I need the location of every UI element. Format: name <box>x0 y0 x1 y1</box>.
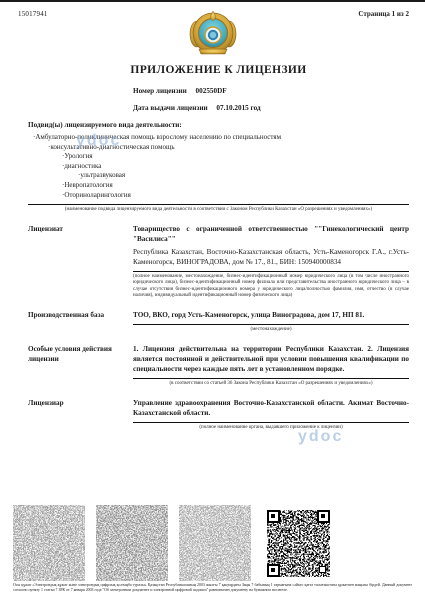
production-base-footnote: (местонахождение) <box>133 325 409 333</box>
subtype-item: Оториноларингология <box>62 191 409 201</box>
licensee-row: Лицензиат Товарищество с ограниченной от… <box>28 224 409 299</box>
licensor-value: Управление здравоохранения Восточно-Каза… <box>133 398 409 418</box>
qr-alignment-pattern <box>319 566 326 573</box>
data-barcode-2-icon <box>96 505 168 581</box>
special-conditions-label: Особые условия действия лицензии <box>28 344 133 387</box>
ydoc-watermark: ydoc <box>298 428 343 446</box>
legal-footer-kazakh: Осы құжат «Электрондық құжат және электр… <box>13 583 381 587</box>
licensor-value-wrap: Управление здравоохранения Восточно-Каза… <box>133 398 409 431</box>
subtype-item: ультразвуковая <box>78 171 409 181</box>
license-number-label: Номер лицензии <box>133 87 187 95</box>
issue-date-label: Дата выдачи лицензии <box>133 104 208 112</box>
licensor-footnote: (полное наименование органа, выдавшего п… <box>133 423 409 431</box>
special-conditions-footnote: (в соответствии со статьей 36 Закона Рес… <box>133 379 409 387</box>
page-top-border <box>0 0 425 2</box>
issue-date-value: 07.10.2015 год <box>216 104 260 112</box>
data-barcode-1-icon <box>13 505 85 581</box>
licensor-row: Лицензиар Управление здравоохранения Вос… <box>28 398 409 431</box>
verification-codes <box>0 505 425 583</box>
issue-date-row: Дата выдачи лицензии 07.10.2015 год <box>133 104 409 112</box>
licensee-label: Лицензиат <box>28 224 133 299</box>
ydoc-watermark: ydoc <box>76 132 121 150</box>
data-barcode-3-icon <box>179 505 251 581</box>
licensor-label: Лицензиар <box>28 398 133 431</box>
subtype-item: Урология <box>62 152 409 162</box>
production-base-row: Производственная база ТОО, ВКО, горд Уст… <box>28 310 409 333</box>
licensee-address: Республика Казахстан, Восточно-Казахстан… <box>133 248 409 267</box>
kazakhstan-emblem <box>0 9 425 64</box>
license-meta: Номер лицензии 002550DF Дата выдачи лице… <box>133 87 409 112</box>
qr-finder-pattern <box>267 510 280 523</box>
special-conditions-value-wrap: 1. Лицензия действительна на территории … <box>133 344 409 387</box>
special-conditions-value: 1. Лицензия действительна на территории … <box>133 344 409 374</box>
license-number-row: Номер лицензии 002550DF <box>133 87 409 95</box>
kazakhstan-coat-of-arms-icon <box>189 9 237 59</box>
special-conditions-row: Особые условия действия лицензии 1. Лице… <box>28 344 409 387</box>
production-base-value-wrap: ТОО, ВКО, горд Усть-Каменогорск, улица В… <box>133 310 409 333</box>
page-title: ПРИЛОЖЕНИЕ К ЛИЦЕНЗИИ <box>28 64 409 76</box>
licensee-name: Товарищество с ограниченной ответственно… <box>133 224 409 244</box>
production-base-value: ТОО, ВКО, горд Усть-Каменогорск, улица В… <box>133 310 409 320</box>
document-body: ПРИЛОЖЕНИЕ К ЛИЦЕНЗИИ Номер лицензии 002… <box>28 64 409 431</box>
licensee-value: Товарищество с ограниченной ответственно… <box>133 224 409 299</box>
subtype-item: диагностика <box>62 162 409 172</box>
qr-finder-pattern <box>267 564 280 577</box>
qr-code <box>267 510 330 577</box>
subtypes-footnote: (наименование подвида лицензируемого вид… <box>28 205 409 213</box>
qr-finder-pattern <box>317 510 330 523</box>
production-base-label: Производственная база <box>28 310 133 333</box>
subtype-item: Невропатология <box>62 181 409 191</box>
licensee-footnote: (полное наименование, местонахождение, б… <box>133 272 409 299</box>
subtypes-heading: Подвид(ы) лицензируемого вида деятельнос… <box>28 121 409 129</box>
license-number-value: 002550DF <box>196 87 227 95</box>
legal-footer: Осы құжат «Электрондық құжат және электр… <box>13 583 412 593</box>
